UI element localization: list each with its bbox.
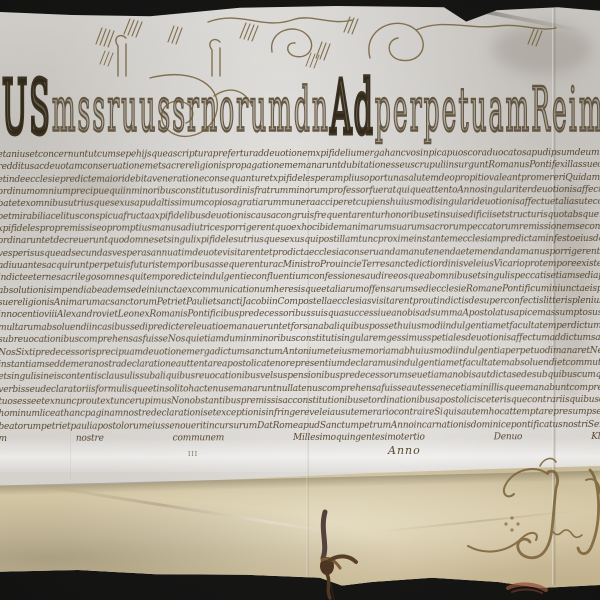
display-word: US	[2, 67, 52, 153]
display-word: srnorum	[172, 74, 294, 145]
parchment-sheet: USmssruussrnorumdnAdperpetuamReime etani…	[0, 0, 600, 600]
display-word: sruus	[92, 74, 172, 145]
display-word: me	[579, 74, 600, 145]
display-word: Rei	[531, 74, 579, 145]
display-line: USmssruussrnorumdnAdperpetuamReime	[2, 74, 596, 148]
display-word: perpetuam	[375, 74, 531, 145]
manuscript-text-line: mnostrecommunemMillesimoquingentesimoter…	[0, 432, 600, 446]
plica-registry-mark: III	[188, 451, 198, 458]
photo-stage: USmssruussrnorumdnAdperpetuamReime etani…	[0, 0, 600, 600]
display-word: dn	[294, 74, 330, 145]
anno-word: Anno	[388, 444, 421, 457]
display-word: Ad	[330, 67, 375, 153]
body-text: etaniusetconcernuntutcumsepehijsqueascri…	[0, 148, 600, 446]
display-word: ms	[52, 74, 93, 145]
